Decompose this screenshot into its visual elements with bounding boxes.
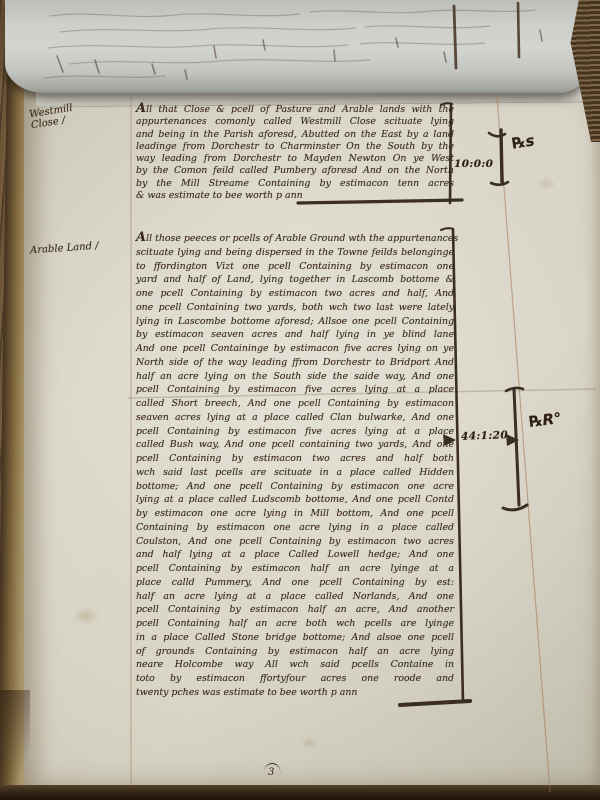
manuscript-text-line: pcell Containing by estimacon half an ac… bbox=[136, 562, 454, 576]
manuscript-text-line: All those peeces or pcells of Arable Gro… bbox=[136, 231, 454, 246]
manuscript-text-line: pcell Containing by estimacon two acres … bbox=[136, 452, 454, 466]
acreage-value-entry2: 44:1:20 bbox=[461, 429, 508, 443]
manuscript-text-line: one pcell Containing two yards, both wch… bbox=[136, 301, 454, 315]
manuscript-text-line: half an acre lying on the South side the… bbox=[136, 370, 454, 384]
manuscript-text-line: called Short breech, And one pcell Conta… bbox=[136, 397, 454, 411]
manuscript-text-line: neare Holcombe way All wch said pcells C… bbox=[136, 658, 454, 672]
manuscript-photo: Westmill Close / Arable Land / All that … bbox=[0, 0, 600, 800]
manuscript-text-line: by the Comon feild called Pumbery afores… bbox=[136, 165, 454, 177]
manuscript-text-line: & was estimate to bee worth p ann bbox=[136, 190, 454, 202]
manuscript-text-line: called Bush way, And one pcell containin… bbox=[136, 438, 454, 452]
manuscript-text-line: pcell Containing by estimacon half an ac… bbox=[136, 603, 454, 617]
manuscript-text-line: Containing by estimacon one acre lying i… bbox=[136, 521, 454, 535]
manuscript-text-line: and being in the Parish aforesd, Abutted… bbox=[136, 129, 454, 141]
acreage-value-entry1: 10:0:0 bbox=[454, 158, 493, 170]
manuscript-text-line: pcell Containing by estimacon five acres… bbox=[136, 383, 454, 397]
manuscript-text-line: Coulston, And one pcell Containing by es… bbox=[136, 535, 454, 549]
curled-previous-leaf bbox=[5, 0, 587, 93]
value-flourish-entry1: ℞s bbox=[511, 131, 536, 152]
manuscript-text-line: of grounds Containing by estimacon half … bbox=[136, 645, 454, 659]
manuscript-text-line: pcell Containing by estimacon five acres… bbox=[136, 425, 454, 439]
manuscript-text-line: toto by estimacon ffortyfour acres one r… bbox=[136, 672, 454, 686]
manuscript-text-line: bottome; And one pcell Containing by est… bbox=[136, 480, 454, 494]
manuscript-paragraph-westmill-close: All that Close & pcell of Pasture and Ar… bbox=[136, 103, 454, 202]
manuscript-text-line: leadinge from Dorchestr to Charminster O… bbox=[136, 141, 454, 153]
manuscript-text-line: to ffordington Vizt one pcell Containing… bbox=[136, 260, 454, 274]
manuscript-text-line: All that Close & pcell of Pasture and Ar… bbox=[136, 103, 454, 116]
manuscript-text-line: lying in Lascombe bottome aforesd; Allso… bbox=[136, 315, 454, 329]
manuscript-text-line: lying at a place called Ludscomb bottome… bbox=[136, 493, 454, 507]
manuscript-text-line: twenty pches was estimate to bee worth p… bbox=[136, 686, 454, 700]
manuscript-text-line: one pcell Containing by estimacon two ac… bbox=[136, 287, 454, 301]
book-bottom-edge bbox=[0, 785, 600, 800]
manuscript-text-line: wch said last pcells are scituate in a p… bbox=[136, 466, 454, 480]
manuscript-text-line: by the Mill Streame Containing by estima… bbox=[136, 178, 454, 190]
manuscript-text-line: half an acre lying at a place called Nor… bbox=[136, 590, 454, 604]
page-number: 3 bbox=[268, 767, 274, 778]
manuscript-text-line: way leading from Dorchestr to Mayden New… bbox=[136, 153, 454, 165]
manuscript-text-line: appurtenances comonly called Westmill Cl… bbox=[136, 116, 454, 128]
manuscript-text-line: by estimacon seaven acres and half lying… bbox=[136, 328, 454, 342]
manuscript-text-line: and half lying at a place Called Lowell … bbox=[136, 548, 454, 562]
manuscript-text-line: in a place Called Stone bridge bottome; … bbox=[136, 631, 454, 645]
manuscript-text-line: seaven acres lying at a place called Cla… bbox=[136, 411, 454, 425]
manuscript-text-line: place calld Pummery, And one pcell Conta… bbox=[136, 576, 454, 590]
manuscript-text-line: pcell Containing half an acre both wch p… bbox=[136, 617, 454, 631]
manuscript-text-line: scituate lying and being dispersed in th… bbox=[136, 246, 454, 260]
manuscript-text-line: by estimacon one acre lying in Mill bott… bbox=[136, 507, 454, 521]
manuscript-text-line: And one pcell Containinge by estimacon f… bbox=[136, 342, 454, 356]
manuscript-text-line: North side of the way leading ffrom Dorc… bbox=[136, 356, 454, 370]
manuscript-text-line: yard and half of Land, lying together in… bbox=[136, 273, 454, 287]
shadow-corner bbox=[0, 690, 30, 800]
manuscript-paragraph-arable-lands: All those peeces or pcells of Arable Gro… bbox=[136, 231, 454, 700]
